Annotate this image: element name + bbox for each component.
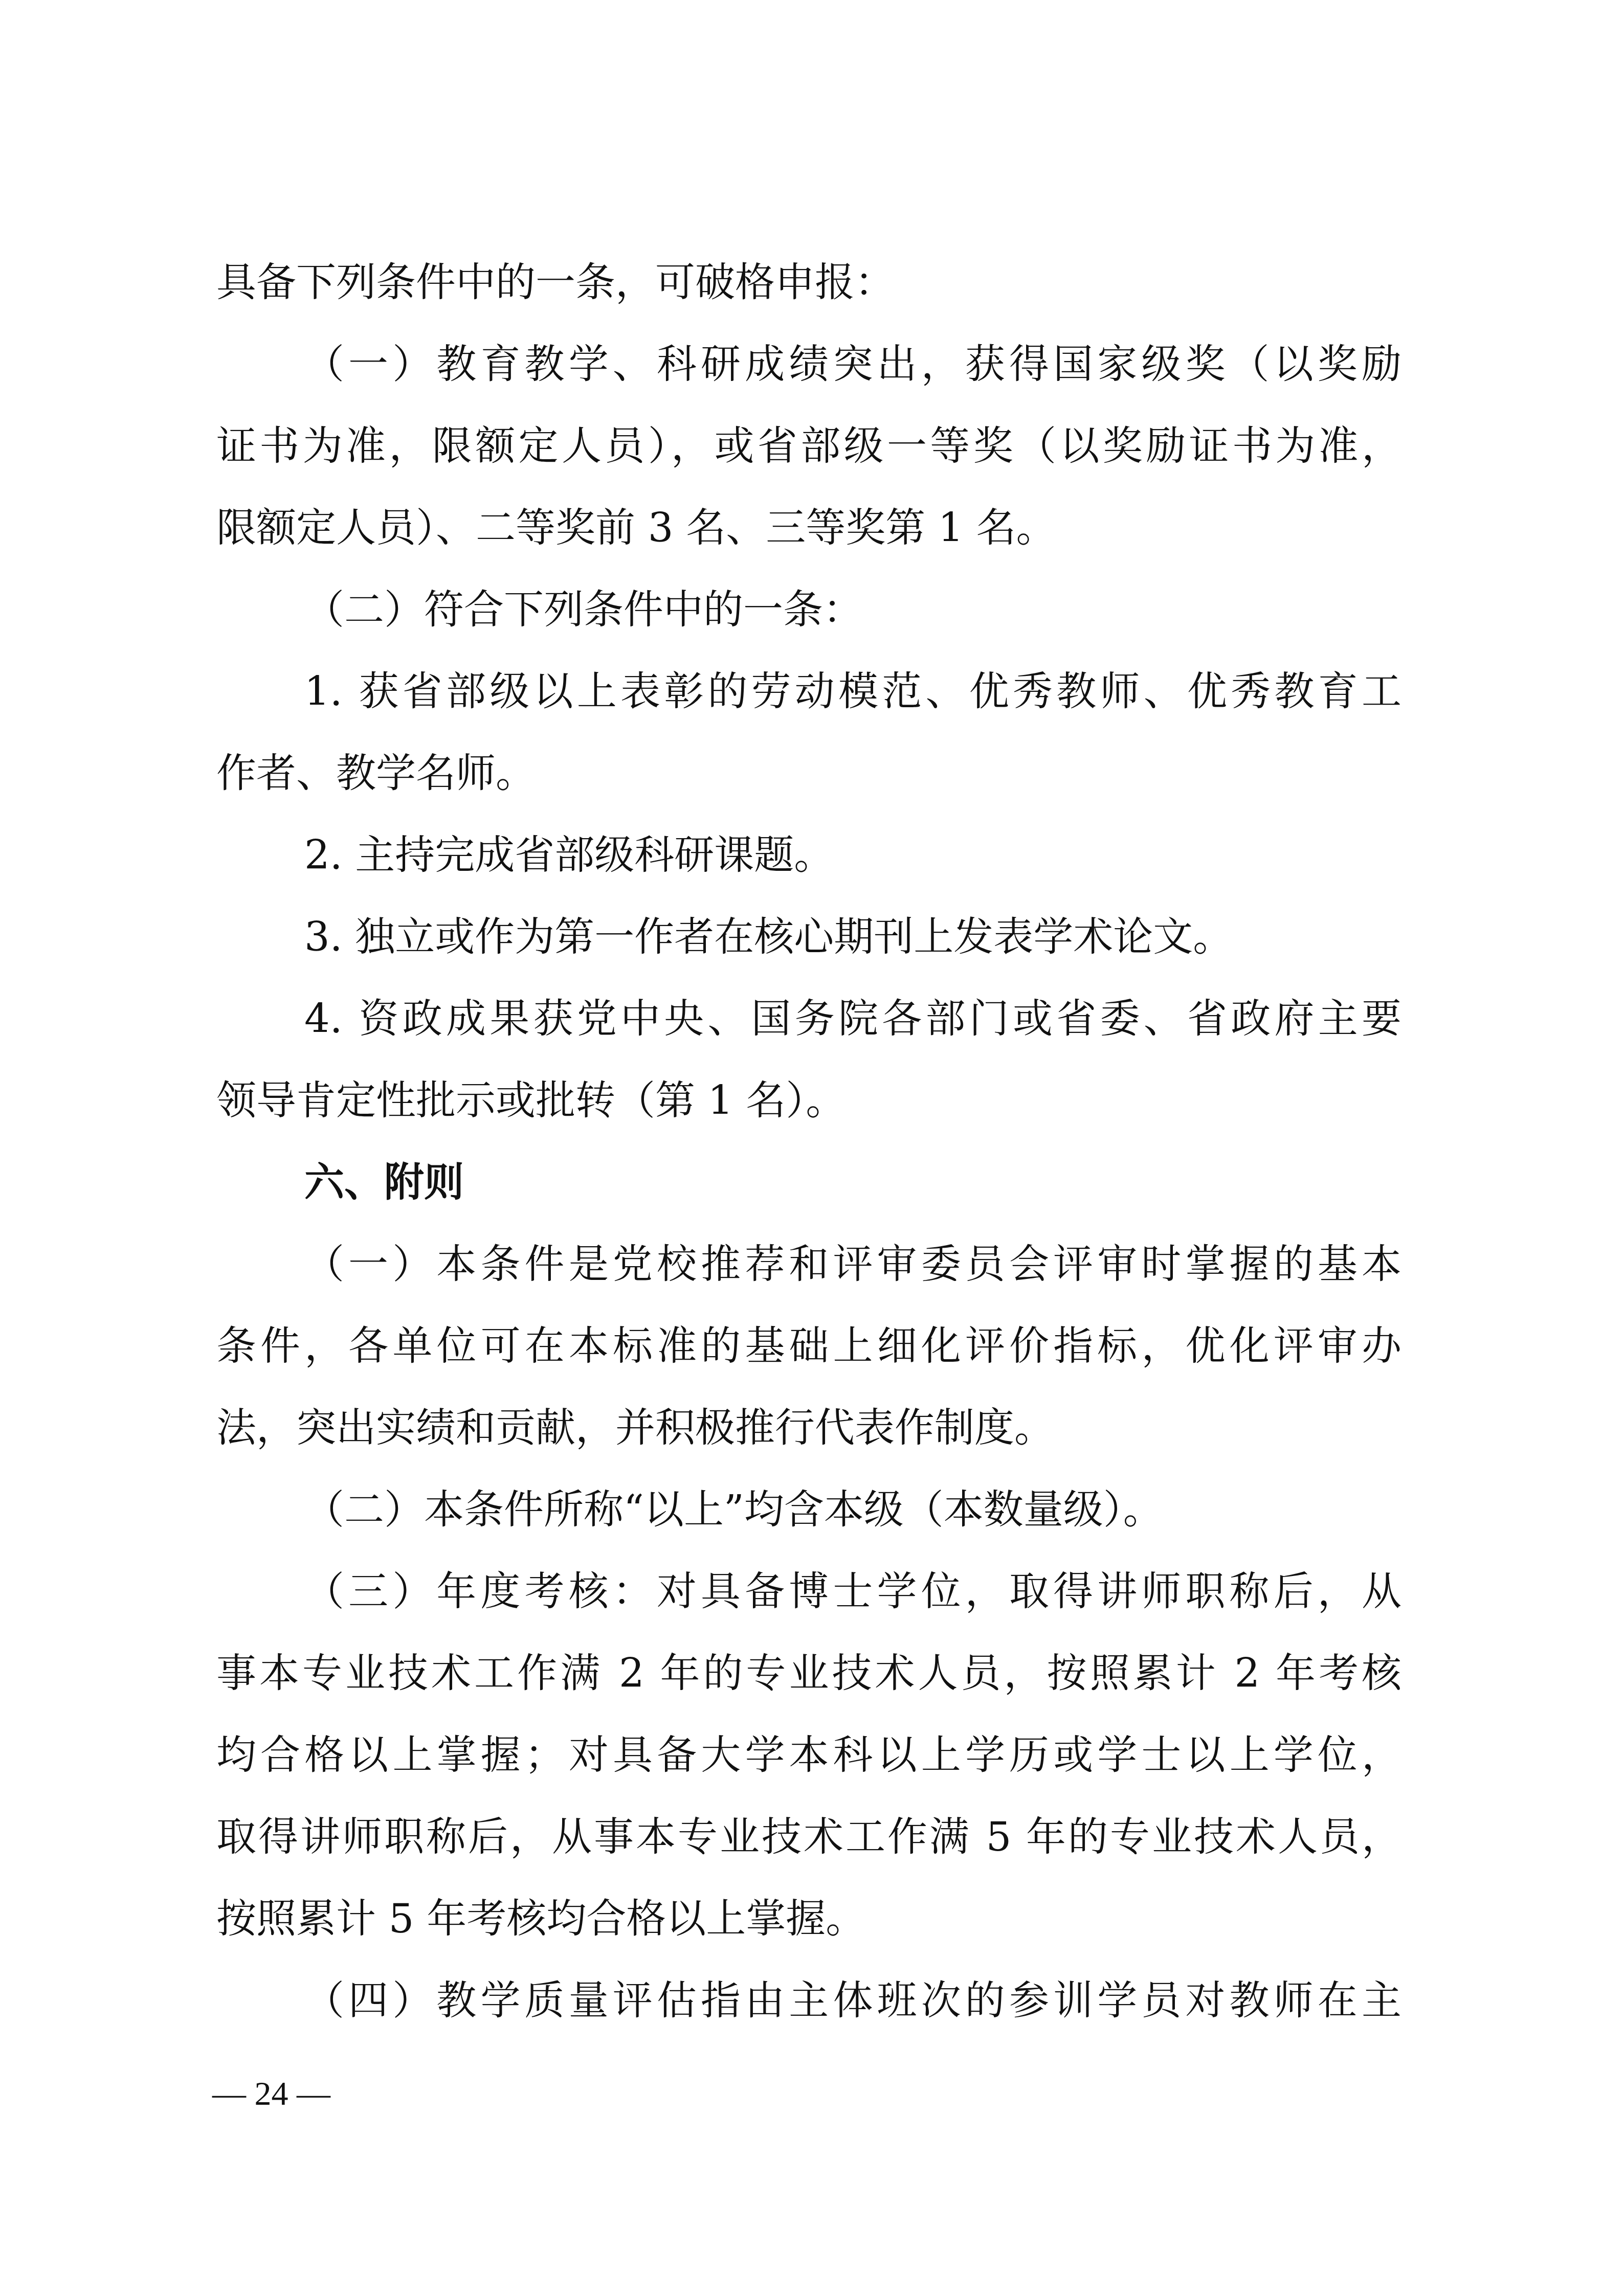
paragraph-line: （三）年度考核：对具备博士学位，取得讲师职称后，从 xyxy=(216,1551,1401,1633)
paragraph-line: 按照累计 5 年考核均合格以上掌握。 xyxy=(216,1878,1401,1960)
section-heading: 六、附则 xyxy=(216,1142,1401,1224)
list-item-line: 1. 获省部级以上表彰的劳动模范、优秀教师、优秀教育工 xyxy=(216,651,1401,733)
paragraph-line: （一）教育教学、科研成绩突出，获得国家级奖（以奖励 xyxy=(216,324,1401,406)
page-number: — 24 — xyxy=(212,2074,330,2114)
list-item-line: 3. 独立或作为第一作者在核心期刊上发表学术论文。 xyxy=(216,896,1401,978)
list-item-line: 作者、教学名师。 xyxy=(216,733,1401,815)
paragraph-line: 限额定人员）、二等奖前 3 名、三等奖第 1 名。 xyxy=(216,487,1401,569)
paragraph-line: （一）本条件是党校推荐和评审委员会评审时掌握的基本 xyxy=(216,1224,1401,1305)
list-item-line: 2. 主持完成省部级科研课题。 xyxy=(216,815,1401,896)
list-item-line: 4. 资政成果获党中央、国务院各部门或省委、省政府主要 xyxy=(216,978,1401,1060)
body-text: 具备下列条件中的一条，可破格申报： （一）教育教学、科研成绩突出，获得国家级奖（… xyxy=(216,242,1401,2042)
paragraph-line: 取得讲师职称后，从事本专业技术工作满 5 年的专业技术人员， xyxy=(216,1796,1401,1878)
paragraph-line: 条件，各单位可在本标准的基础上细化评价指标，优化评审办 xyxy=(216,1305,1401,1387)
paragraph-line: （四）教学质量评估指由主体班次的参训学员对教师在主 xyxy=(216,1960,1401,2042)
document-page: 具备下列条件中的一条，可破格申报： （一）教育教学、科研成绩突出，获得国家级奖（… xyxy=(0,0,1624,2296)
paragraph-line: （二）本条件所称“以上”均含本级（本数量级）。 xyxy=(216,1469,1401,1551)
paragraph-line: 具备下列条件中的一条，可破格申报： xyxy=(216,242,1401,324)
list-item-line: 领导肯定性批示或批转（第 1 名）。 xyxy=(216,1060,1401,1142)
paragraph-line: 事本专业技术工作满 2 年的专业技术人员，按照累计 2 年考核 xyxy=(216,1633,1401,1715)
paragraph-line: 证书为准，限额定人员），或省部级一等奖（以奖励证书为准， xyxy=(216,406,1401,487)
paragraph-line: （二）符合下列条件中的一条： xyxy=(216,569,1401,651)
paragraph-line: 均合格以上掌握；对具备大学本科以上学历或学士以上学位， xyxy=(216,1715,1401,1796)
paragraph-line: 法，突出实绩和贡献，并积极推行代表作制度。 xyxy=(216,1387,1401,1469)
